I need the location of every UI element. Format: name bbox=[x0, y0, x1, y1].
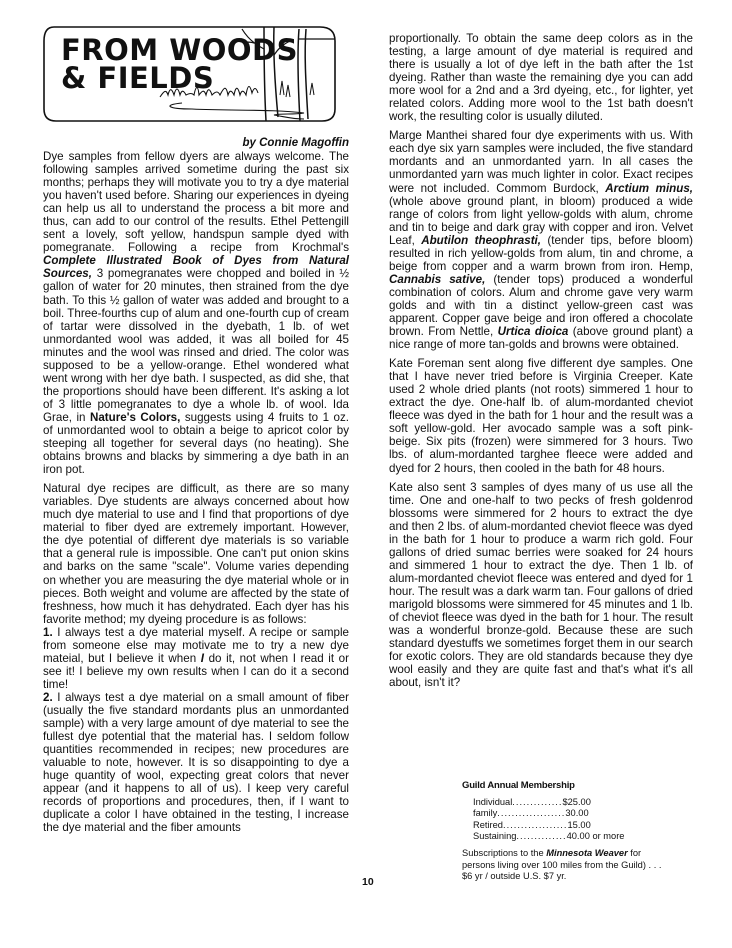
species-name: Urtica dioica bbox=[498, 325, 569, 338]
paragraph-standard-dyes: Kate also sent 3 samples of dyes many of… bbox=[389, 481, 693, 690]
procedure-item-1: 1. I always test a dye material myself. … bbox=[43, 626, 349, 691]
publication-title: Minnesota Weaver bbox=[546, 848, 627, 858]
page-number: 10 bbox=[362, 876, 374, 888]
membership-box: Guild Annual Membership Individual......… bbox=[462, 780, 662, 883]
book-title: Nature's Colors, bbox=[90, 411, 180, 424]
left-column: Dye samples from fellow dyers are always… bbox=[43, 150, 349, 834]
byline: by Connie Magoffin bbox=[43, 137, 349, 149]
membership-row: Individual..............$25.00 bbox=[462, 797, 662, 809]
title-line-1: FROM WOODS bbox=[61, 36, 298, 64]
paragraph-proportionally: proportionally. To obtain the same deep … bbox=[389, 32, 693, 123]
species-name: Abutilon theophrasti, bbox=[421, 234, 541, 247]
membership-title: Guild Annual Membership bbox=[462, 780, 662, 792]
paragraph-kate-foreman: Kate Foreman sent along five different d… bbox=[389, 357, 693, 474]
title-line-2: & FIELDS bbox=[61, 64, 298, 92]
membership-row: family...................30.00 bbox=[462, 808, 662, 820]
subscription-note: Subscriptions to the Minnesota Weaver fo… bbox=[462, 848, 662, 883]
paragraph-variables: Natural dye recipes are difficult, as th… bbox=[43, 482, 349, 626]
column-banner: FROM WOODS & FIELDS bbox=[42, 25, 337, 123]
procedure-item-2: 2. I always test a dye material on a sma… bbox=[43, 691, 349, 835]
right-column: proportionally. To obtain the same deep … bbox=[389, 32, 693, 695]
membership-row: Sustaining..............40.00 or more bbox=[462, 831, 662, 843]
membership-row: Retired..................15.00 bbox=[462, 820, 662, 832]
species-name: Arctium minus, bbox=[605, 182, 693, 195]
column-title: FROM WOODS & FIELDS bbox=[61, 36, 298, 92]
paragraph-pomegranate: Dye samples from fellow dyers are always… bbox=[43, 150, 349, 476]
species-name: Cannabis sative, bbox=[389, 273, 485, 286]
paragraph-marge-manthei: Marge Manthei shared four dye experiment… bbox=[389, 129, 693, 351]
